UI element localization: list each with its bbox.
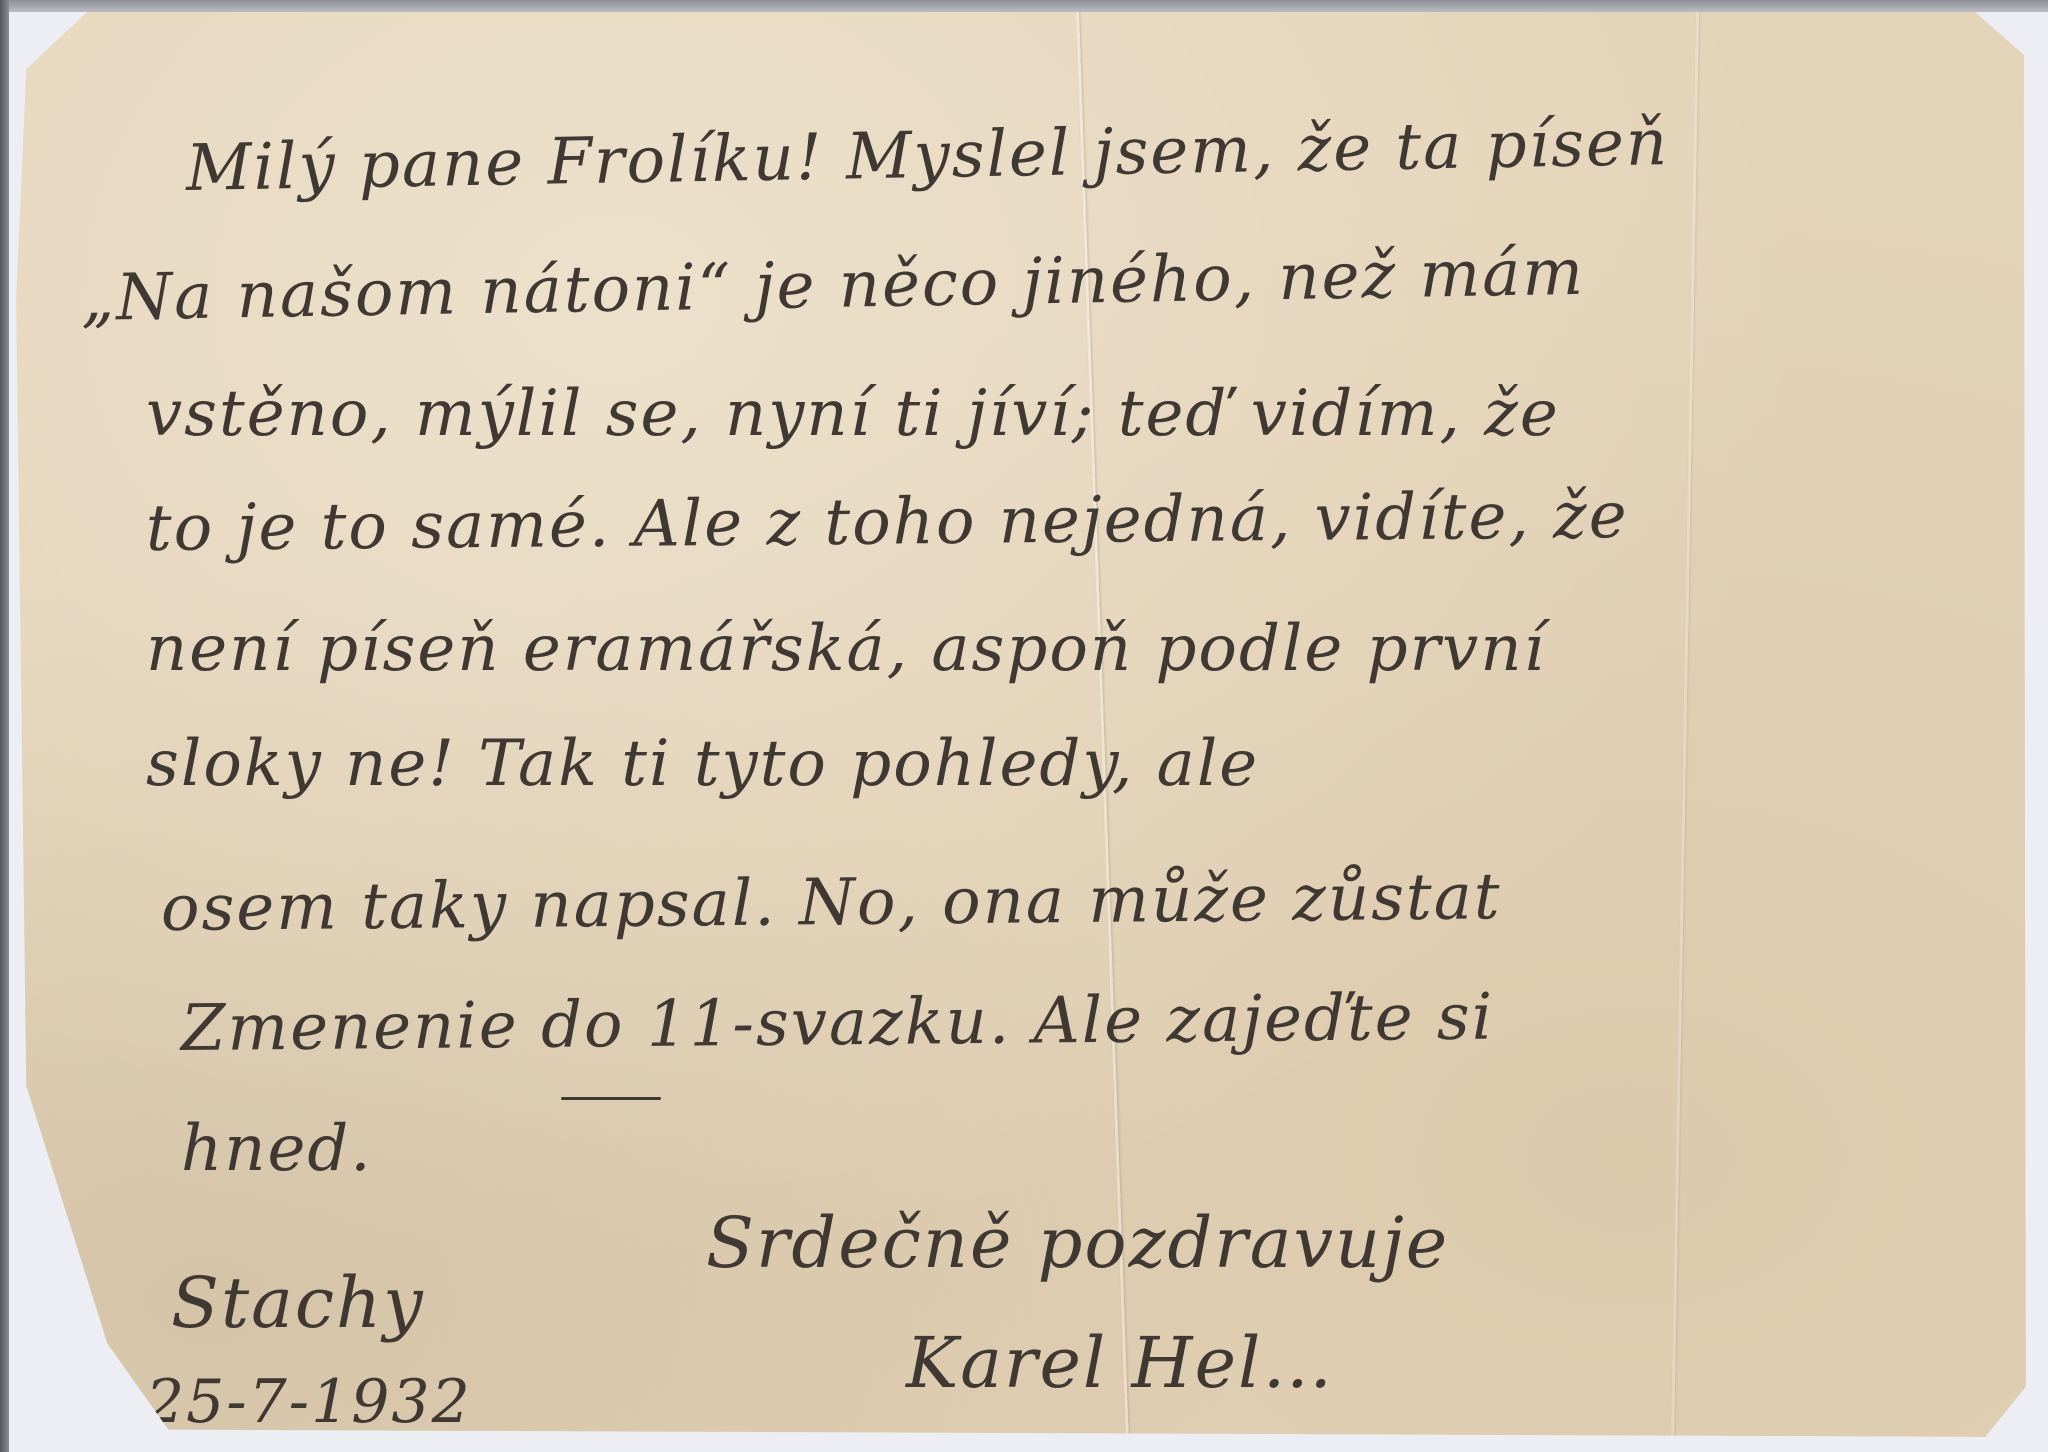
underline-mark xyxy=(561,1097,661,1100)
place-name: Stachy xyxy=(171,1262,425,1344)
text-line-1: Milý pane Frolíku! Myslel jsem, že ta pí… xyxy=(185,106,1669,206)
text-line-8: Zmenenie do 11-svazku. Ale zajeďte si xyxy=(181,981,1495,1066)
postcard: Milý pane Frolíku! Myslel jsem, že ta pí… xyxy=(6,12,2036,1444)
text-line-2: „Na našom nátoni“ je něco jiného, než má… xyxy=(80,236,1585,336)
fold-crease xyxy=(1671,12,1699,1444)
date: 25-7-1932 xyxy=(146,1367,472,1437)
date-underline xyxy=(486,1432,825,1452)
text-line-7: osem taky napsal. No, ona může zůstat xyxy=(161,860,1502,946)
closing-greeting: Srdečně pozdravuje xyxy=(706,1202,1449,1284)
text-line-5: není píseň eramářská, aspoň podle první xyxy=(146,612,1546,686)
scanner-edge-left xyxy=(0,0,9,1452)
text-line-4: to je to samé. Ale z toho nejedná, vidít… xyxy=(146,479,1629,566)
signature: Karel Hel… xyxy=(906,1322,1334,1404)
scanner-edge-top xyxy=(0,0,2048,12)
text-line-9: hned. xyxy=(181,1112,373,1186)
text-line-3: vstěno, mýlil se, nyní ti jíví; teď vidí… xyxy=(146,377,1560,451)
text-line-6: sloky ne! Tak ti tyto pohledy, ale xyxy=(146,727,1259,801)
